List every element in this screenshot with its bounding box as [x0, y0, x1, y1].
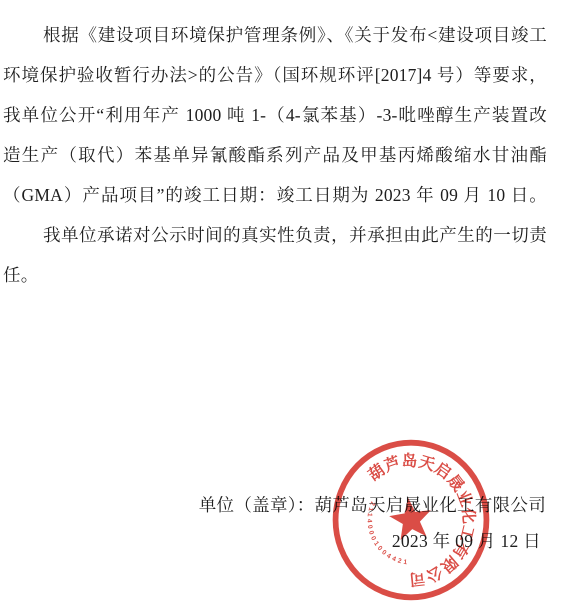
announcement-paragraph-2: 我单位承诺对公示时间的真实性负责，并承担由此产生的一切责 任。	[0, 215, 568, 295]
text-line-2: 环境保护验收暂行办法>的公告》（国环规环评[2017]4 号）等要求，	[3, 55, 547, 95]
seal-company-text: 葫芦岛天启晟业化工有限公司	[365, 451, 478, 590]
svg-text:葫芦岛天启晟业化工有限公司: 葫芦岛天启晟业化工有限公司	[365, 451, 478, 590]
text-line-4: 造生产（取代）苯基单异氰酸酯系列产品及甲基丙烯酸缩水甘油酯	[3, 135, 547, 175]
document-page: 根据《建设项目环境保护管理条例》、《关于发布<建设项目竣工 环境保护验收暂行办法…	[0, 0, 568, 614]
text-line-6: 我单位承诺对公示时间的真实性负责，并承担由此产生的一切责	[3, 215, 547, 255]
star-icon	[387, 495, 434, 542]
text-line-1: 根据《建设项目环境保护管理条例》、《关于发布<建设项目竣工	[3, 15, 547, 55]
text-line-5: （GMA）产品项目”的竣工日期：竣工日期为 2023 年 09 月 10 日。	[3, 175, 547, 215]
announcement-paragraph-1: 根据《建设项目环境保护管理条例》、《关于发布<建设项目竣工 环境保护验收暂行办法…	[0, 0, 568, 215]
company-seal: 葫芦岛天启晟业化工有限公司 21140001004421	[329, 436, 493, 604]
text-line-7: 任。	[3, 255, 547, 295]
text-line-3: 我单位公开“利用年产 1000 吨 1-（4-氯苯基）-3-吡唑醇生产装置改	[3, 95, 547, 135]
